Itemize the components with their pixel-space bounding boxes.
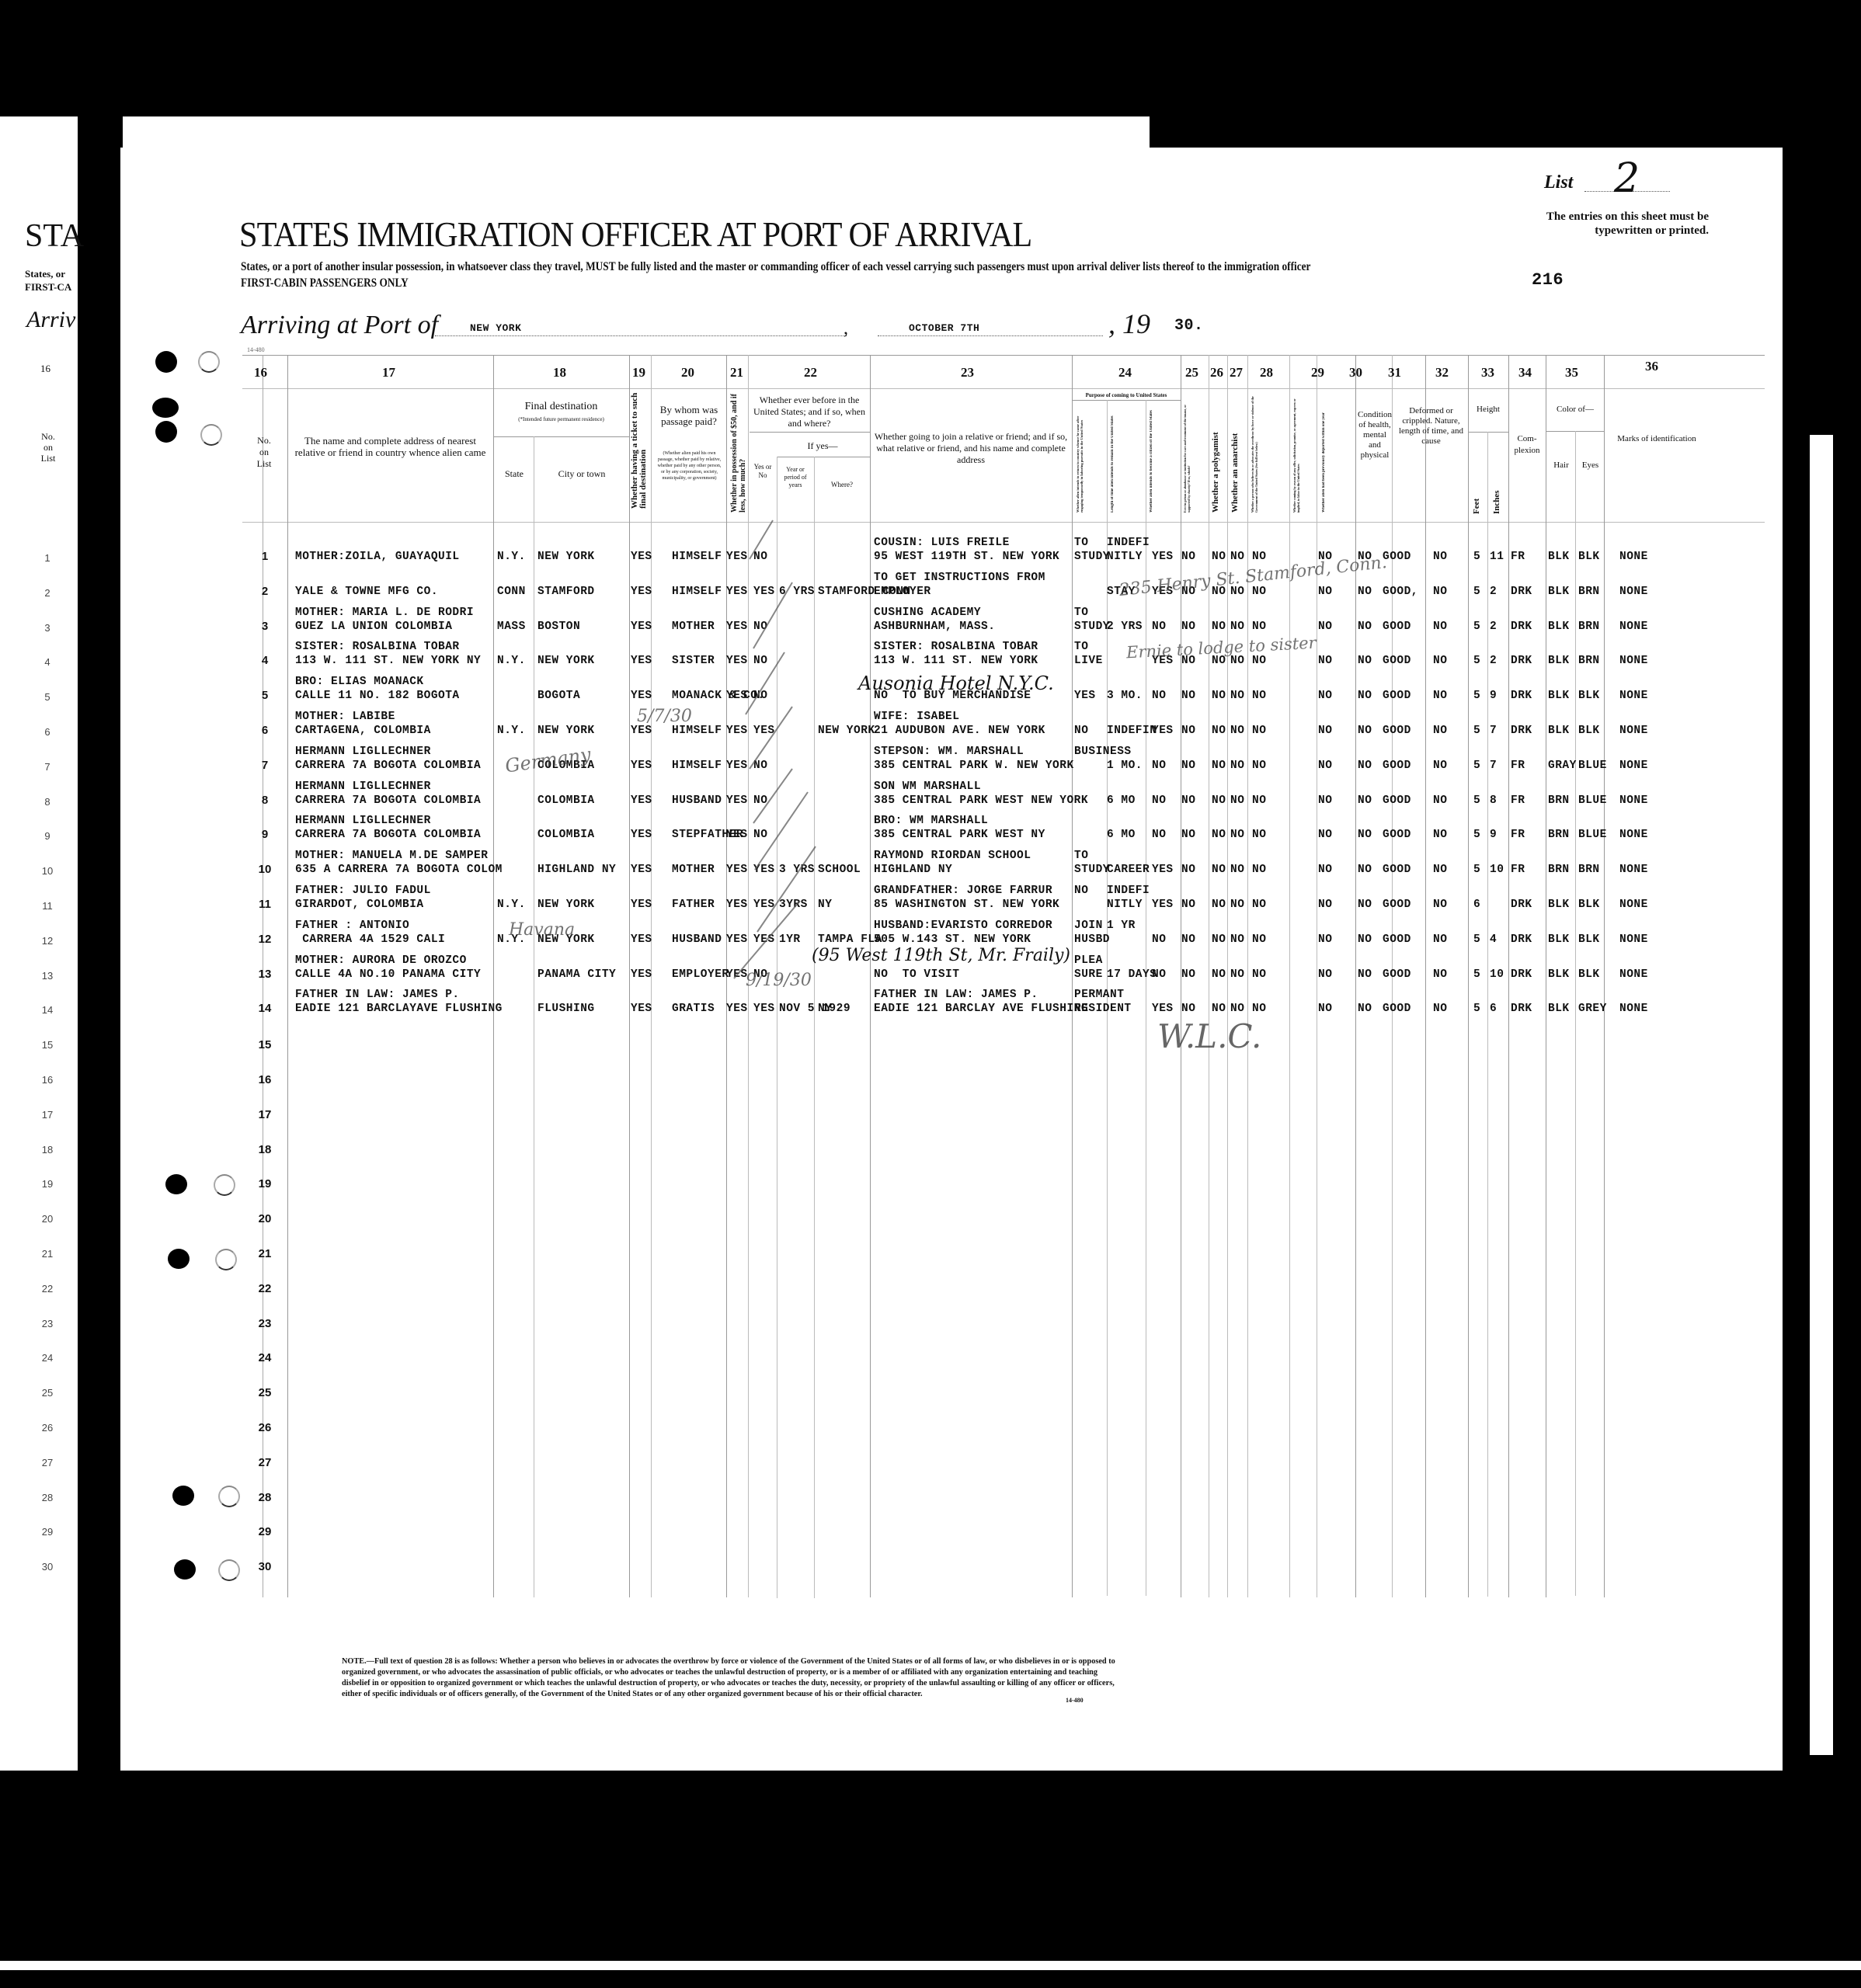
height-inches: 6 [1490, 1002, 1497, 1016]
has-ticket: YES [631, 654, 652, 668]
dest-city: BOSTON [537, 620, 580, 634]
labor-contract: NO [1318, 863, 1332, 877]
list-label: List [1544, 172, 1573, 193]
left-page-row-number: 28 [36, 1492, 59, 1503]
eye-color: BRN [1578, 863, 1600, 877]
left-page-row-number: 27 [36, 1457, 59, 1468]
row-number: 13 [253, 968, 277, 981]
length-of-stay: 1 YR [1107, 919, 1136, 933]
row-number: 12 [253, 933, 277, 946]
has-ticket: YES [631, 968, 652, 982]
footnote-form-number: 14-480 [1066, 1697, 1084, 1704]
advocates-overthrow: NO [1252, 794, 1266, 808]
previously-deported: NO [1358, 1002, 1372, 1016]
row-number: 24 [253, 1351, 277, 1364]
height-feet: 5 [1473, 933, 1480, 947]
health-condition: GOOD [1383, 620, 1411, 634]
intends-citizen: NO [1152, 933, 1166, 947]
intends-citizen: YES [1152, 724, 1174, 738]
handwritten-row6-date: 5/7/30 [637, 707, 692, 726]
col-rule [1289, 355, 1290, 1597]
previously-deported: NO [1358, 759, 1372, 773]
deformed: NO [1433, 933, 1447, 947]
labor-contract: NO [1318, 968, 1332, 982]
left-page-row-number: 10 [36, 865, 59, 877]
height-feet: 6 [1473, 898, 1480, 912]
row-number: 17 [253, 1108, 277, 1121]
nearest-relative: MOTHER:ZOILA, GUAYAQUIL [295, 550, 460, 564]
question-28-footnote: NOTE.—Full text of question 28 is as fol… [342, 1656, 1125, 1700]
identification-marks: NONE [1619, 1002, 1648, 1016]
purpose: LIVE [1074, 654, 1103, 668]
deformed: NO [1433, 828, 1447, 842]
dest-state: N.Y. [497, 724, 526, 738]
row-number: 9 [253, 828, 277, 841]
labor-contract: NO [1318, 654, 1332, 668]
anarchist: NO [1230, 759, 1244, 773]
purpose: SURE [1074, 968, 1103, 982]
prison-charity: NO [1181, 794, 1195, 808]
nearest-relative: HERMANN LIGLLECHNER [295, 814, 431, 828]
left-page-row-number: 5 [36, 691, 59, 703]
year-suffix: 30. [1174, 317, 1204, 335]
purpose: HUSBD [1074, 933, 1110, 947]
col-rule [1508, 355, 1509, 1597]
prison-charity: NO [1181, 689, 1195, 703]
complexion: DRK [1511, 1002, 1532, 1016]
nearest-relative: CALLE 4A NO.10 PANAMA CITY [295, 968, 481, 982]
left-page-row-number: 1 [36, 552, 59, 564]
height-feet: 5 [1473, 759, 1480, 773]
nearest-relative: FATHER: JULIO FADUL [295, 884, 431, 898]
eye-color: BLUE [1578, 828, 1607, 842]
scan-border-top-right [1150, 116, 1861, 151]
nearest-relative: 635 A CARRERA 7A BOGOTA COLOM [295, 863, 503, 877]
col-30-number: 30 [1349, 365, 1362, 381]
anarchist: NO [1230, 1002, 1244, 1016]
hair-color: BRN [1548, 863, 1570, 877]
identification-marks: NONE [1619, 550, 1648, 564]
deformed: NO [1433, 620, 1447, 634]
col-36-number: 36 [1645, 359, 1658, 374]
health-condition: GOOD [1383, 794, 1411, 808]
punch-hole [155, 351, 177, 373]
dest-city: FLUSHING [537, 1002, 595, 1016]
previously-deported: NO [1358, 794, 1372, 808]
row-number: 25 [253, 1386, 277, 1399]
hair-color: BLK [1548, 1002, 1570, 1016]
col-35-eyes-header: Eyes [1577, 460, 1604, 471]
prison-charity: NO [1181, 550, 1195, 564]
purpose: TO [1074, 606, 1088, 620]
height-inches: 9 [1490, 828, 1497, 842]
length-of-stay: 6 MO [1107, 794, 1136, 808]
labor-contract: NO [1318, 1002, 1332, 1016]
nearest-relative: HERMANN LIGLLECHNER [295, 745, 431, 759]
left-page-row-number: 2 [36, 587, 59, 599]
nearest-relative: CARTAGENA, COLOMBIA [295, 724, 431, 738]
row-number: 28 [253, 1491, 277, 1504]
prison-charity: NO [1181, 968, 1195, 982]
has-ticket: YES [631, 794, 652, 808]
col-rule [1072, 355, 1073, 1597]
advocates-overthrow: NO [1252, 620, 1266, 634]
col-26-header: Whether a polygamist [1212, 392, 1220, 513]
joining-relative: 85 WASHINGTON ST. NEW YORK [874, 898, 1059, 912]
punch-hole-ring [200, 424, 222, 446]
height-feet: 5 [1473, 724, 1480, 738]
labor-contract: NO [1318, 585, 1332, 599]
identification-marks: NONE [1619, 620, 1648, 634]
col-rule [1209, 355, 1209, 1597]
year-prefix: , 19 [1108, 308, 1150, 340]
identification-marks: NONE [1619, 968, 1648, 982]
height-feet: 5 [1473, 689, 1480, 703]
col-19-header: Whether having a ticket to such final de… [631, 392, 648, 509]
nearest-relative: CARRERA 4A 1529 CALI [295, 933, 445, 947]
anarchist: NO [1230, 724, 1244, 738]
col-rule [1604, 355, 1605, 1597]
height-inches: 10 [1490, 863, 1504, 877]
dest-state: N.Y. [497, 550, 526, 564]
deformed: NO [1433, 585, 1447, 599]
dest-city: PANAMA CITY [537, 968, 616, 982]
length-of-stay: INDEFI [1107, 884, 1150, 898]
punch-hole [155, 421, 177, 443]
binding-strip [78, 116, 123, 1778]
punch-hole [174, 1559, 196, 1580]
labor-contract: NO [1318, 689, 1332, 703]
hair-color: BRN [1548, 794, 1570, 808]
height-feet: 5 [1473, 550, 1480, 564]
left-page-row-number: 14 [36, 1004, 59, 1016]
anarchist: NO [1230, 550, 1244, 564]
prison-charity: NO [1181, 759, 1195, 773]
height-inches: 11 [1490, 550, 1504, 564]
deformed: NO [1433, 550, 1447, 564]
col22-subrule [750, 432, 870, 433]
dest-city: NEW YORK [537, 654, 595, 668]
col-24-sub2-header: Length of time alien intends to remain i… [1111, 404, 1142, 513]
has-ticket: YES [631, 620, 652, 634]
col-21-number: 21 [730, 365, 743, 381]
col-19-number: 19 [632, 365, 645, 381]
form-number: 14-480 [247, 346, 265, 353]
height-inches: 2 [1490, 620, 1497, 634]
left-page-row-number: 13 [36, 970, 59, 982]
purpose: BUSINESS [1074, 745, 1132, 759]
length-of-stay: 3 MO. [1107, 689, 1143, 703]
row-number: 7 [253, 759, 277, 772]
left-page-row-number: 3 [36, 622, 59, 634]
deformed: NO [1433, 1002, 1447, 1016]
col-24-header: Purpose of coming to United States [1073, 390, 1179, 401]
nearest-relative: BRO: ELIAS MOANACK [295, 675, 424, 689]
col-20-subheader: (Whether alien paid his own passage, whe… [656, 450, 722, 481]
prison-charity: NO [1181, 933, 1195, 947]
col-rule [1546, 355, 1546, 1597]
col-28-header: Whether a person who believes in or advo… [1251, 392, 1286, 513]
identification-marks: NONE [1619, 933, 1648, 947]
col-rule [1487, 432, 1488, 1597]
health-condition: GOOD [1383, 968, 1411, 982]
left-page-row-number: 18 [36, 1144, 59, 1156]
joining-relative: 385 CENTRAL PARK W. NEW YORK [874, 759, 1074, 773]
prison-charity: NO [1181, 898, 1195, 912]
anarchist: NO [1230, 898, 1244, 912]
prison-charity: NO [1181, 828, 1195, 842]
previously-deported: NO [1358, 968, 1372, 982]
purpose: PLEA [1074, 954, 1103, 968]
polygamist: NO [1212, 863, 1226, 877]
length-of-stay: 2 YRS [1107, 620, 1143, 634]
anarchist: NO [1230, 689, 1244, 703]
hair-color: BLK [1548, 968, 1570, 982]
col-28-number: 28 [1260, 365, 1273, 381]
col-18-header: Final destination [497, 401, 625, 412]
height-feet: 5 [1473, 828, 1480, 842]
left-page-row-number: 26 [36, 1422, 59, 1434]
table-top-rule [242, 355, 1765, 356]
arrival-date: OCTOBER 7TH [909, 322, 979, 334]
intends-citizen: YES [1152, 1002, 1174, 1016]
punch-hole-ring [198, 351, 220, 373]
has-ticket: YES [631, 759, 652, 773]
eye-color: BLUE [1578, 759, 1607, 773]
deformed: NO [1433, 654, 1447, 668]
eye-color: GREY [1578, 1002, 1607, 1016]
left-page-row-number: 17 [36, 1109, 59, 1121]
health-condition: GOOD [1383, 863, 1411, 877]
col-rule [1247, 355, 1248, 1597]
dest-city: NEW YORK [537, 898, 595, 912]
col-20-number: 20 [681, 365, 694, 381]
previously-deported: NO [1358, 828, 1372, 842]
col-18-subheader: (*Intended future permanent residence) [497, 416, 625, 423]
eye-color: BLK [1578, 898, 1600, 912]
purpose: JOIN [1074, 919, 1103, 933]
advocates-overthrow: NO [1252, 585, 1266, 599]
labor-contract: NO [1318, 828, 1332, 842]
deformed: NO [1433, 863, 1447, 877]
purpose: NO [1074, 724, 1088, 738]
col-30-header: Whether alien had been previously deport… [1322, 392, 1345, 513]
intends-citizen: NO [1152, 689, 1166, 703]
complexion: DRK [1511, 968, 1532, 982]
complexion: FR [1511, 794, 1525, 808]
intends-citizen: YES [1152, 550, 1174, 564]
health-condition: GOOD [1383, 1002, 1411, 1016]
row-number: 27 [253, 1456, 277, 1469]
col-33-feet-header: Feet [1473, 475, 1481, 514]
health-condition: GOOD [1383, 654, 1411, 668]
advocates-overthrow: NO [1252, 550, 1266, 564]
has-ticket: YES [631, 1002, 652, 1016]
left-page-row-number: 21 [36, 1248, 59, 1260]
dest-city: COLOMBIA [537, 794, 595, 808]
complexion: DRK [1511, 689, 1532, 703]
col-20-header: By whom was passage paid? [654, 404, 724, 427]
purpose: PERMANT [1074, 988, 1124, 1002]
col-rule [493, 355, 494, 1597]
advocates-overthrow: NO [1252, 898, 1266, 912]
left-page-row-number: 11 [36, 900, 59, 912]
anarchist: NO [1230, 933, 1244, 947]
col-23-header: Whether going to join a relative or frie… [871, 431, 1070, 466]
row-number: 10 [253, 863, 277, 876]
height-feet: 5 [1473, 863, 1480, 877]
col-16-number: 16 [254, 365, 267, 381]
row-number: 19 [253, 1177, 277, 1190]
purpose: STUDY [1074, 620, 1110, 634]
nearest-relative: YALE & TOWNE MFG CO. [295, 585, 438, 599]
polygamist: NO [1212, 689, 1226, 703]
date-dotline [878, 335, 1103, 336]
col-34-number: 34 [1518, 365, 1532, 381]
handwritten-row12-country: Havana [509, 920, 575, 940]
col-rule [1425, 355, 1426, 1597]
health-condition: GOOD [1383, 550, 1411, 564]
hair-color: BLK [1548, 898, 1570, 912]
prison-charity: NO [1181, 724, 1195, 738]
nearest-relative: HERMANN LIGLLECHNER [295, 780, 431, 794]
left-page-row-number: 6 [36, 726, 59, 738]
intends-citizen: NO [1152, 968, 1166, 982]
intends-citizen: NO [1152, 828, 1166, 842]
row-number: 29 [253, 1525, 277, 1538]
height-feet: 5 [1473, 620, 1480, 634]
previously-deported: NO [1358, 933, 1372, 947]
left-page-row-number: 19 [36, 1178, 59, 1190]
left-page-arriving-fragment: Arriv [26, 307, 75, 333]
row-number: 14 [253, 1002, 277, 1015]
length-of-stay: 17 DAYS [1107, 968, 1157, 982]
eye-color: BLK [1578, 724, 1600, 738]
col-32-number: 32 [1435, 365, 1449, 381]
polygamist: NO [1212, 933, 1226, 947]
form-instructions: States, or a port of another insular pos… [241, 260, 1310, 274]
nearest-relative: MOTHER: MARIA L. DE RODRI [295, 606, 474, 620]
left-page-title-fragment: STA [25, 217, 84, 255]
joining-relative: 95 WEST 119TH ST. NEW YORK [874, 550, 1059, 564]
length-of-stay: INDEFI [1107, 536, 1150, 550]
height-inches: 7 [1490, 759, 1497, 773]
dest-city: BOGOTA [537, 689, 580, 703]
left-page-row-number: 25 [36, 1387, 59, 1399]
has-ticket: YES [631, 585, 652, 599]
hair-color: BLK [1548, 933, 1570, 947]
scan-border-bottom [0, 1771, 1861, 1988]
col-17-header: The name and complete address of nearest… [291, 435, 489, 458]
left-page-row-number: 23 [36, 1318, 59, 1329]
complexion: FR [1511, 759, 1525, 773]
left-page-row-number: 24 [36, 1352, 59, 1364]
left-page-col16-fragment: 16 [40, 363, 50, 375]
complexion: DRK [1511, 724, 1532, 738]
row-number: 20 [253, 1212, 277, 1225]
nearest-relative: GIRARDOT, COLOMBIA [295, 898, 424, 912]
dest-city: HIGHLAND NY [537, 863, 616, 877]
dest-city: NEW YORK [537, 550, 595, 564]
left-page-row-number: 15 [36, 1039, 59, 1051]
nearest-relative: EADIE 121 BARCLAYAVE FLUSHING [295, 1002, 503, 1016]
previously-deported: NO [1358, 689, 1372, 703]
col-22-yesno-header: Yes or No [750, 463, 775, 480]
punch-hole [152, 398, 179, 418]
left-page-row-number: 16 [36, 1074, 59, 1086]
scan-border-top [0, 0, 1861, 116]
col-24-sub3-header: Whether alien intends to become a citize… [1150, 404, 1177, 513]
identification-marks: NONE [1619, 759, 1648, 773]
complexion: DRK [1511, 620, 1532, 634]
row-number: 22 [253, 1282, 277, 1295]
length-of-stay: INDEFIN [1107, 724, 1157, 738]
hair-color: BLK [1548, 654, 1570, 668]
nearest-relative: MOTHER: LABIBE [295, 710, 395, 724]
polygamist: NO [1212, 968, 1226, 982]
col-34-header: Com-plexion [1510, 433, 1544, 457]
col-27-number: 27 [1230, 365, 1243, 381]
identification-marks: NONE [1619, 794, 1648, 808]
col-22-where-header: Where? [816, 479, 868, 491]
punch-hole-ring [214, 1174, 235, 1196]
identification-marks: NONE [1619, 585, 1648, 599]
height-feet: 5 [1473, 968, 1480, 982]
identification-marks: NONE [1619, 863, 1648, 877]
row-number: 26 [253, 1421, 277, 1434]
health-condition: GOOD, [1383, 585, 1418, 599]
deformed: NO [1433, 898, 1447, 912]
complexion: DRK [1511, 898, 1532, 912]
row-number: 18 [253, 1143, 277, 1156]
hair-color: BLK [1548, 689, 1570, 703]
col-35-hair-header: Hair [1547, 460, 1575, 471]
col22-subrule2 [777, 457, 870, 457]
deformed: NO [1433, 968, 1447, 982]
hair-color: BLK [1548, 585, 1570, 599]
col-22-number: 22 [804, 365, 817, 381]
nearest-relative: GUEZ LA UNION COLOMBIA [295, 620, 452, 634]
complexion: DRK [1511, 585, 1532, 599]
length-of-stay: 1 MO. [1107, 759, 1143, 773]
purpose: STUDY [1074, 863, 1110, 877]
row-number: 4 [253, 654, 277, 667]
length-of-stay: NITLY [1107, 550, 1143, 564]
col-33-header: Height [1470, 404, 1507, 415]
polygamist: NO [1212, 1002, 1226, 1016]
left-page-row-number: 29 [36, 1526, 59, 1538]
deformed: NO [1433, 759, 1447, 773]
form-title: STATES IMMIGRATION OFFICER AT PORT OF AR… [239, 214, 1031, 255]
height-feet: 5 [1473, 1002, 1480, 1016]
length-of-stay: CAREER [1107, 863, 1150, 877]
dest-city: COLOMBIA [537, 828, 595, 842]
row-number: 2 [253, 585, 277, 598]
nearest-relative: CARRERA 7A BOGOTA COLOMBIA [295, 828, 481, 842]
dest-city: NEW YORK [537, 724, 595, 738]
nearest-relative: MOTHER: AURORA DE OROZCO [295, 954, 467, 968]
intends-citizen: YES [1152, 863, 1174, 877]
punch-hole [168, 1249, 190, 1269]
col-35-header: Color of— [1547, 404, 1603, 415]
prison-charity: NO [1181, 1002, 1195, 1016]
hair-color: BLK [1548, 724, 1570, 738]
punch-hole [172, 1486, 194, 1506]
col-29-number: 29 [1311, 365, 1324, 381]
deformed: NO [1433, 689, 1447, 703]
eye-color: BLUE [1578, 794, 1607, 808]
col-16-header: No. on List [253, 435, 275, 470]
